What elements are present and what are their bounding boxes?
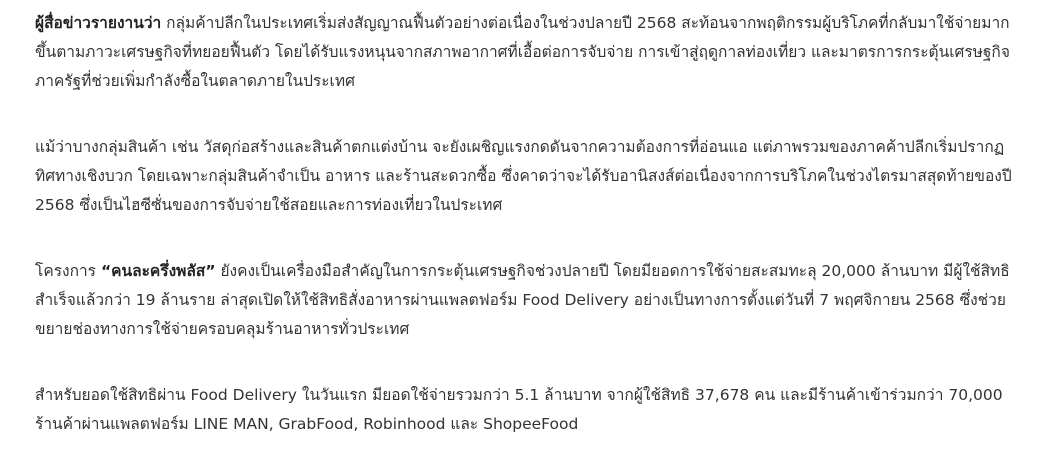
paragraph-food-delivery: สำหรับยอดใช้สิทธิผ่าน Food Delivery ในวั… <box>35 381 1025 439</box>
article-body: ผู้สื่อข่าวรายงานว่า กลุ่มค้าปลีกในประเท… <box>35 9 1025 439</box>
paragraph-text: สำหรับยอดใช้สิทธิผ่าน Food Delivery ในวั… <box>35 386 1003 433</box>
paragraph-intro: ผู้สื่อข่าวรายงานว่า กลุ่มค้าปลีกในประเท… <box>35 9 1025 96</box>
paragraph-prefix: โครงการ <box>35 262 101 280</box>
program-name: “คนละครึ่งพลัส” <box>101 262 216 280</box>
paragraph-text: กลุ่มค้าปลีกในประเทศเริ่มส่งสัญญาณฟื้นตั… <box>35 14 1010 90</box>
paragraph-text: แม้ว่าบางกลุ่มสินค้า เช่น วัสดุก่อสร้างแ… <box>35 138 1012 214</box>
paragraph-retail-outlook: แม้ว่าบางกลุ่มสินค้า เช่น วัสดุก่อสร้างแ… <box>35 133 1025 220</box>
paragraph-program: โครงการ “คนละครึ่งพลัส” ยังคงเป็นเครื่อง… <box>35 257 1025 344</box>
reporter-lead: ผู้สื่อข่าวรายงานว่า <box>35 14 161 32</box>
